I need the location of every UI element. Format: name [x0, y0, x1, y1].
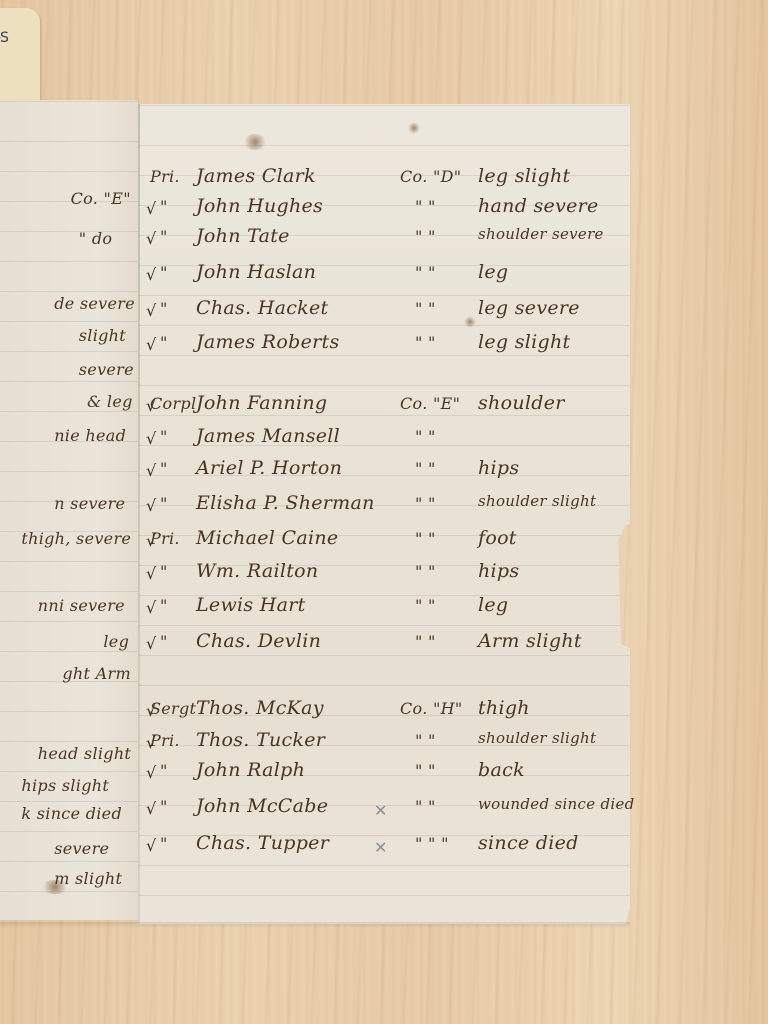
soldier-name: Elisha P. Sherman — [196, 492, 375, 514]
wound-description: leg — [478, 594, 508, 616]
company-column: " " — [415, 333, 436, 352]
company-column: " " — [415, 632, 436, 651]
company-column: " " — [415, 761, 436, 780]
left-page-line: " do — [79, 229, 113, 248]
left-page-line: leg — [103, 632, 129, 651]
wound-description: hips — [478, 560, 519, 582]
company-column: Co. "H" — [400, 699, 463, 718]
wound-description: leg slight — [478, 165, 570, 187]
wound-description: back — [478, 759, 525, 781]
wound-description: shoulder slight — [478, 492, 596, 510]
left-page-line: Co. "E" — [71, 189, 131, 208]
wound-description: leg slight — [478, 331, 570, 353]
rank-abbrev: " — [160, 562, 168, 581]
page-fold — [138, 104, 140, 924]
left-page-line: ght Arm — [62, 664, 131, 683]
company-column: " " — [415, 529, 436, 548]
rank-abbrev: Corpl — [150, 394, 196, 413]
company-column: " " — [415, 197, 436, 216]
rank-abbrev: Sergt — [150, 699, 196, 718]
page-shadow — [0, 922, 630, 928]
left-page-line: thigh, severe — [21, 529, 131, 548]
soldier-name: John Tate — [196, 225, 290, 247]
left-page-line: & leg — [87, 392, 133, 411]
check-mark: √ — [146, 634, 156, 653]
soldier-name: John Ralph — [196, 759, 305, 781]
wound-description: since died — [478, 832, 579, 854]
archive-tag: -S — [0, 8, 40, 104]
left-page-line: k since died — [21, 804, 122, 823]
wound-description: foot — [478, 527, 517, 549]
rank-abbrev: " — [160, 427, 168, 446]
wound-description: thigh — [478, 697, 530, 719]
left-page-line: severe — [54, 839, 109, 858]
rank-abbrev: " — [160, 227, 168, 246]
pencil-x-mark: ✕ — [374, 838, 387, 857]
left-page-line: severe — [79, 360, 134, 379]
soldier-name: James Roberts — [196, 331, 340, 353]
rank-abbrev: Pri. — [150, 167, 180, 186]
company-column: Co. "E" — [400, 394, 460, 413]
check-mark: √ — [146, 429, 156, 448]
soldier-name: Chas. Hacket — [196, 297, 328, 319]
wound-description: hand severe — [478, 195, 599, 217]
wound-description: hips — [478, 457, 519, 479]
company-column: " " — [415, 596, 436, 615]
company-column: " " — [415, 562, 436, 581]
rank-abbrev: " — [160, 596, 168, 615]
company-column: " " " — [415, 834, 449, 853]
rank-abbrev: " — [160, 834, 168, 853]
soldier-name: Thos. McKay — [196, 697, 324, 719]
check-mark: √ — [146, 199, 156, 218]
soldier-name: Lewis Hart — [196, 594, 306, 616]
soldier-name: Chas. Devlin — [196, 630, 321, 652]
check-mark: √ — [146, 564, 156, 583]
check-mark: √ — [146, 799, 156, 818]
check-mark: √ — [146, 763, 156, 782]
rank-abbrev: " — [160, 797, 168, 816]
rank-abbrev: " — [160, 299, 168, 318]
wound-description: shoulder slight — [478, 729, 596, 747]
company-column: " " — [415, 797, 436, 816]
company-column: " " — [415, 459, 436, 478]
soldier-name: James Clark — [196, 165, 316, 187]
left-page-line: slight — [79, 326, 126, 345]
soldier-name: Wm. Railton — [196, 560, 318, 582]
check-mark: √ — [146, 496, 156, 515]
soldier-name: John Haslan — [196, 261, 316, 283]
rank-abbrev: " — [160, 333, 168, 352]
soldier-name: Ariel P. Horton — [196, 457, 342, 479]
soldier-name: James Mansell — [196, 425, 340, 447]
soldier-name: Chas. Tupper — [196, 832, 329, 854]
company-column: " " — [415, 299, 436, 318]
soldier-name: John McCabe — [196, 795, 328, 817]
left-page-line: n severe — [54, 494, 125, 513]
check-mark: √ — [146, 461, 156, 480]
left-page-line: m slight — [54, 869, 122, 888]
pencil-x-mark: ✕ — [374, 801, 387, 820]
soldier-name: John Hughes — [196, 195, 323, 217]
rank-abbrev: " — [160, 761, 168, 780]
check-mark: √ — [146, 335, 156, 354]
check-mark: √ — [146, 229, 156, 248]
wound-description: Arm slight — [478, 630, 582, 652]
rank-abbrev: Pri. — [150, 529, 180, 548]
company-column: " " — [415, 731, 436, 750]
wound-description: wounded since died — [478, 795, 635, 813]
check-mark: √ — [146, 598, 156, 617]
rank-abbrev: " — [160, 494, 168, 513]
soldier-name: Thos. Tucker — [196, 729, 325, 751]
ink-stain — [242, 134, 268, 150]
check-mark: √ — [146, 265, 156, 284]
company-column: " " — [415, 263, 436, 282]
wound-description: leg severe — [478, 297, 580, 319]
soldier-name: Michael Caine — [196, 527, 338, 549]
check-mark: √ — [146, 836, 156, 855]
company-column: " " — [415, 494, 436, 513]
soldier-name: John Fanning — [196, 392, 327, 414]
rank-abbrev: Pri. — [150, 731, 180, 750]
company-column: " " — [415, 427, 436, 446]
ink-stain — [408, 122, 420, 134]
left-page-line: head slight — [38, 744, 131, 763]
rank-abbrev: " — [160, 459, 168, 478]
wound-description: shoulder — [478, 392, 565, 414]
left-page-line: nie head — [54, 426, 126, 445]
rank-abbrev: " — [160, 197, 168, 216]
check-mark: √ — [146, 301, 156, 320]
ink-stain — [464, 316, 476, 328]
company-column: " " — [415, 227, 436, 246]
left-page-line: hips slight — [21, 776, 109, 795]
archive-tag-label: -S — [0, 30, 8, 46]
left-page-line: de severe — [54, 294, 135, 313]
wound-description: leg — [478, 261, 508, 283]
left-page-line: nni severe — [38, 596, 125, 615]
rank-abbrev: " — [160, 632, 168, 651]
wound-description: shoulder severe — [478, 225, 604, 243]
rank-abbrev: " — [160, 263, 168, 282]
company-column: Co. "D" — [400, 167, 461, 186]
